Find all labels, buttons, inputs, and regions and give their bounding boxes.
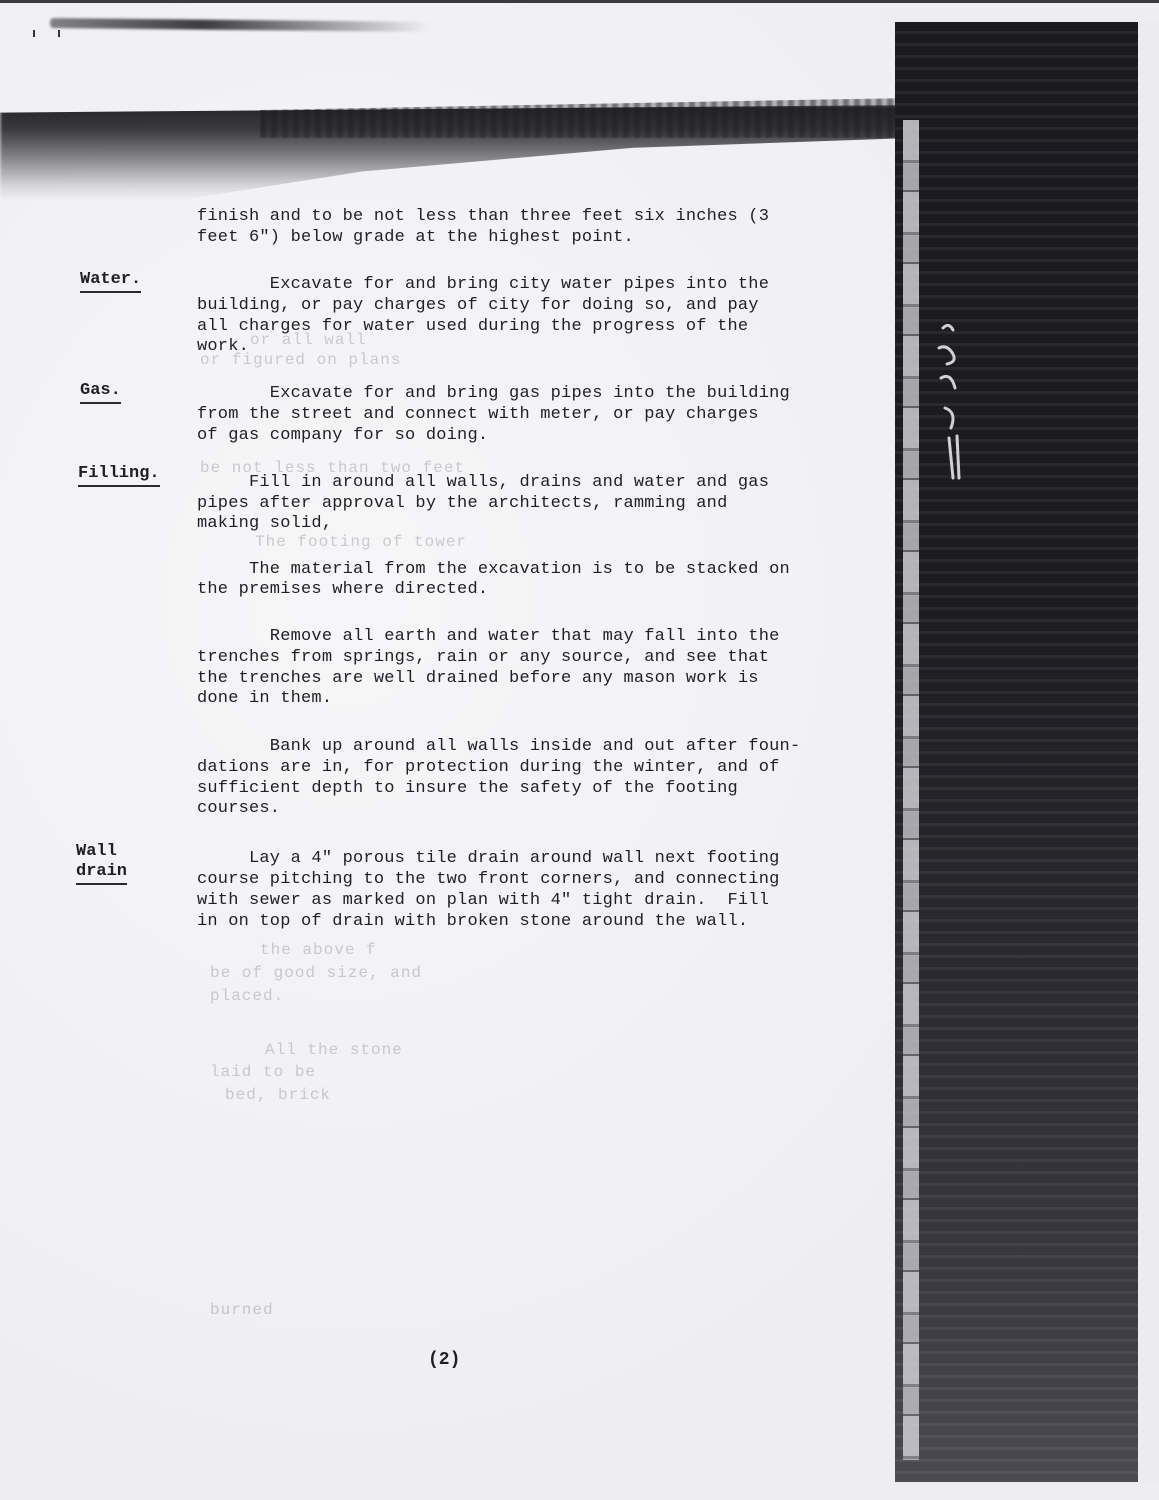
copy-smudge: [50, 18, 430, 32]
page-edge: [1138, 22, 1159, 1482]
continuation-line: feet 6") below grade at the highest poin…: [197, 228, 634, 248]
body-line: from the street and connect with meter, …: [197, 405, 759, 425]
body-line: sufficient depth to insure the safety of…: [197, 779, 738, 799]
bleed-through-text: the above f: [260, 940, 377, 960]
page-number: (2): [428, 1350, 460, 1370]
body-line: of gas company for so doing.: [197, 426, 488, 446]
section-label-drain: drain: [76, 862, 127, 885]
body-line: work.: [197, 337, 249, 357]
body-line: pipes after approval by the architects, …: [197, 494, 728, 514]
body-line: Fill in around all walls, drains and wat…: [197, 473, 769, 493]
body-line: Lay a 4" porous tile drain around wall n…: [197, 849, 780, 869]
copy-artifact-band: [260, 98, 900, 138]
section-label-water: Water.: [80, 270, 141, 293]
body-line: in on top of drain with broken stone aro…: [197, 912, 748, 932]
continuation-line: finish and to be not less than three fee…: [197, 207, 769, 227]
dark-scan-margin: [895, 22, 1138, 1482]
body-line: the trenches are well drained before any…: [197, 669, 759, 689]
body-line: dations are in, for protection during th…: [197, 758, 780, 778]
body-line: with sewer as marked on plan with 4" tig…: [197, 891, 769, 911]
body-line: The material from the excavation is to b…: [197, 560, 790, 580]
bleed-through-text: All the stone: [265, 1040, 403, 1060]
body-line: done in them.: [197, 689, 332, 709]
bleed-through-text: bed, brick: [225, 1085, 331, 1105]
body-line: courses.: [197, 799, 280, 819]
bleed-through-text: burned: [210, 1300, 274, 1320]
section-label-gas: Gas.: [80, 381, 121, 404]
section-label-filling: Filling.: [78, 464, 160, 487]
body-line: Excavate for and bring city water pipes …: [197, 275, 769, 295]
body-line: making solid,: [197, 514, 332, 534]
body-line: Remove all earth and water that may fall…: [197, 627, 780, 647]
tick-mark: [58, 30, 60, 37]
body-line: Excavate for and bring gas pipes into th…: [197, 384, 790, 404]
scribble-mark: [935, 318, 975, 488]
body-line: course pitching to the two front corners…: [197, 870, 780, 890]
binding-edge: [903, 120, 919, 1460]
tick-mark: [33, 30, 35, 37]
body-line: trenches from springs, rain or any sourc…: [197, 648, 769, 668]
bleed-through-text: be of good size, and: [210, 963, 422, 983]
top-border: [0, 0, 1159, 3]
body-line: all charges for water used during the pr…: [197, 317, 748, 337]
body-line: building, or pay charges of city for doi…: [197, 296, 759, 316]
bleed-through-text: placed.: [210, 986, 284, 1006]
section-label-wall: Wall: [76, 842, 117, 862]
bleed-through-text: The footing of tower: [255, 532, 467, 552]
body-line: the premises where directed.: [197, 580, 488, 600]
scanned-page: or all wall or figured on plans be not l…: [0, 0, 1159, 1500]
body-line: Bank up around all walls inside and out …: [197, 737, 800, 757]
bleed-through-text: laid to be: [210, 1062, 316, 1082]
